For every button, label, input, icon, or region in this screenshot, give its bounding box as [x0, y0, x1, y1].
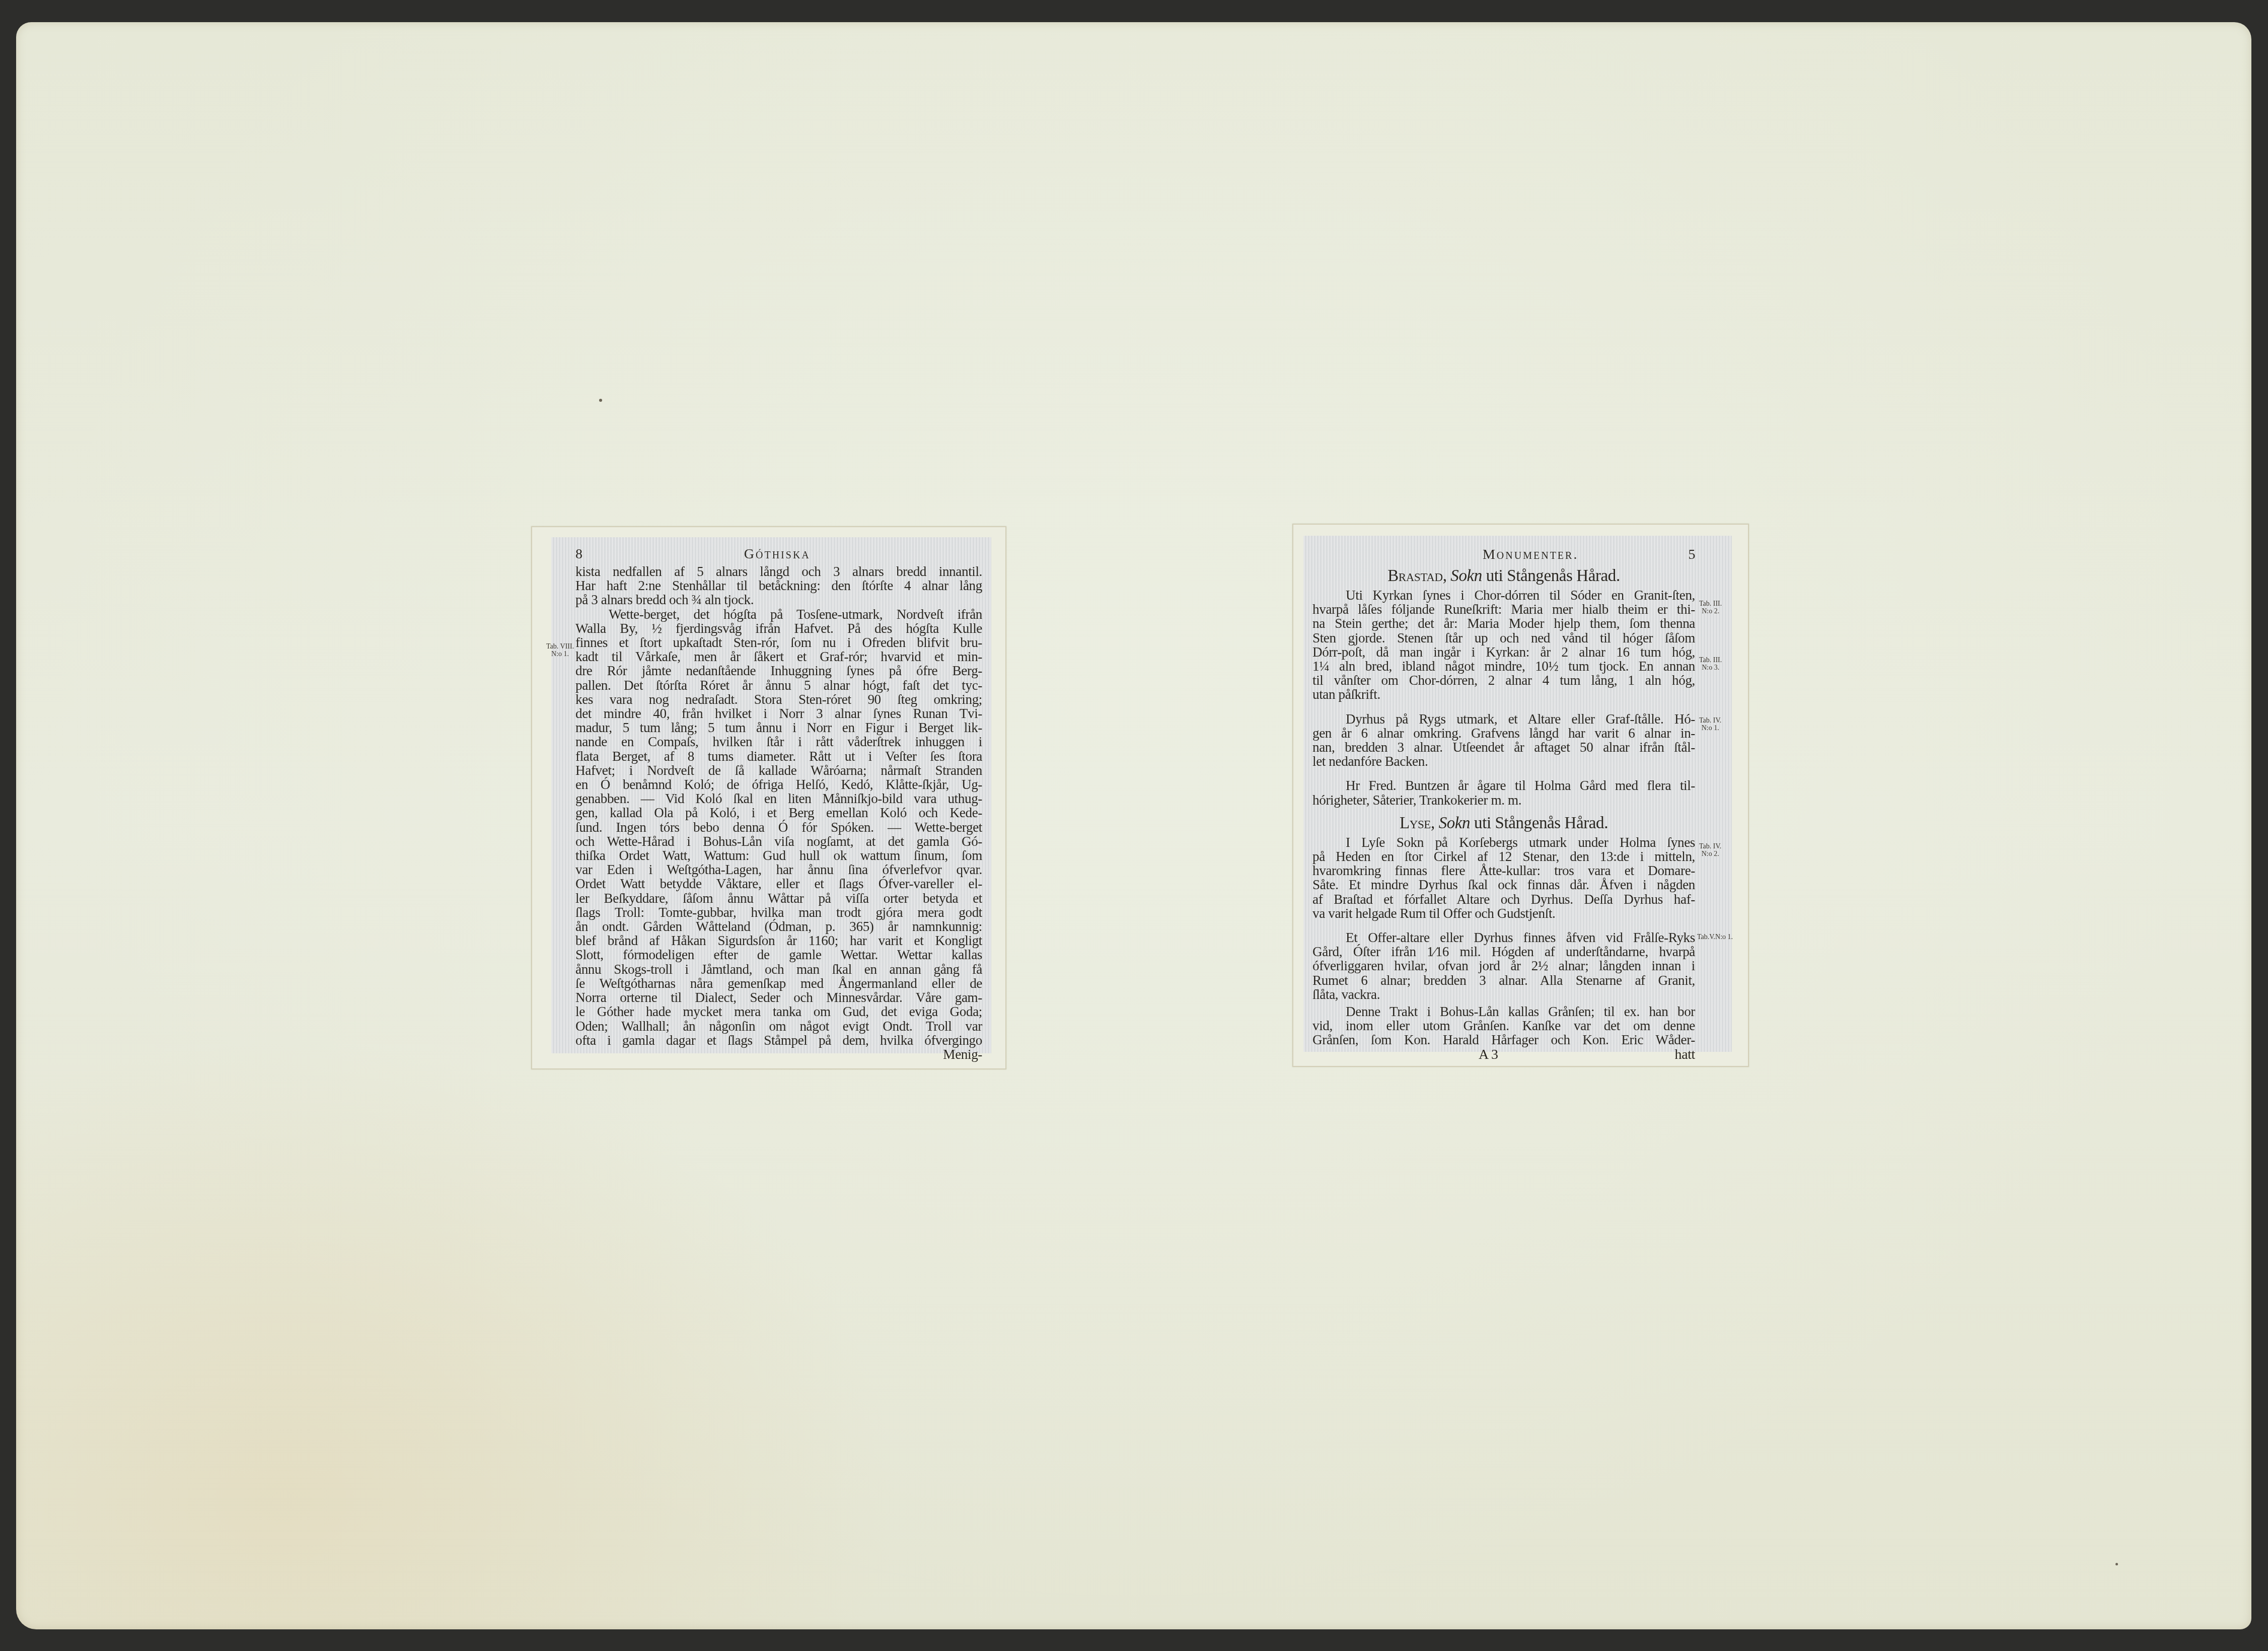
- text-line: genabben. — Vid Koló ſkal en liten Månni…: [575, 792, 982, 806]
- right-running-head: Monumenter. 5: [1312, 548, 1695, 565]
- margin-note-tab-iii-2: Tab. III. N:o 2.: [1699, 600, 1722, 615]
- text-line: le Góther hade mycket mera tanka om Gud,…: [575, 1004, 982, 1019]
- text-line: Uti Kyrkan ſynes i Chor-dórren til Sóder…: [1312, 588, 1695, 602]
- text-line: finnes et ſtort upkaſtadt Sten-rór, ſom …: [575, 635, 982, 650]
- text-line: vid, inom eller utom Grånſen. Kanſke var…: [1312, 1019, 1695, 1033]
- paragraph-dyrhus-rygs: Dyrhus på Rygs utmark, et Altare eller G…: [1312, 712, 1695, 769]
- paper-speck: [599, 399, 602, 402]
- text-line: na Stein gerthe; det år: Maria Moder hje…: [1312, 616, 1695, 630]
- text-line: Oden; Wallhall; ån någonſin om något evi…: [575, 1019, 982, 1033]
- text-line: Grånſen, ſom Kon. Harald Hårfager och Ko…: [1312, 1033, 1695, 1047]
- text-line: Hafvet; i Nordveſt de ſå kallade Wåróarn…: [575, 763, 982, 777]
- text-line: Slott, fórmodeligen efter de gamle Wetta…: [575, 948, 982, 962]
- text-line: nande en Compaſs, hvilken ſtår i rått vå…: [575, 735, 982, 749]
- text-line: kes vara nog nedraſadt. Stora Sten-róret…: [575, 692, 982, 706]
- text-line: hvaromkring finnas flere Åtte-kullar: tr…: [1312, 864, 1695, 878]
- paper-sheet: [16, 22, 2251, 1629]
- paragraph-lyse-stone-circle: I Lyſe Sokn på Korſebergs utmark under H…: [1312, 835, 1695, 920]
- text-line: til vånſter om Chor-dórren, 2 alnar 4 tu…: [1312, 673, 1695, 687]
- text-line: Denne Trakt i Bohus-Lån kallas Grånſen; …: [1312, 1004, 1695, 1019]
- text-line: Wette-berget, det hógſta på Tosſene-utma…: [575, 607, 982, 621]
- text-line: ſund. Ingen tórs bebo denna Ó fór Spóken…: [575, 820, 982, 834]
- right-pasted-page: Monumenter. 5 Brastad, Sokn uti Stångenå…: [1292, 524, 1749, 1067]
- text-line: Menig-: [575, 1047, 982, 1061]
- catchword: hatt: [1675, 1047, 1695, 1062]
- text-line: utan påſkrift.: [1312, 687, 1695, 701]
- text-line: på 3 alnars bredd och ¾ aln tjock.: [575, 593, 982, 607]
- text-line: ſlåta, vackra.: [1312, 987, 1695, 1001]
- text-line: Dyrhus på Rygs utmark, et Altare eller G…: [1312, 712, 1695, 726]
- right-page-print: Monumenter. 5 Brastad, Sokn uti Stångenå…: [1303, 536, 1732, 1052]
- paragraph-gransen: Denne Trakt i Bohus-Lån kallas Grånſen; …: [1312, 1004, 1695, 1047]
- text-line: ler Beſkyddare, ſåſom ånnu Wåttar på viſ…: [575, 891, 982, 905]
- left-page-body: kista nedfallen af 5 alnars långd och 3 …: [575, 564, 982, 1061]
- margin-note-tab-v-1: Tab.V.N:o 1.: [1697, 934, 1733, 941]
- text-line: gen år 6 alnar omkring. Grafvens långd h…: [1312, 726, 1695, 740]
- text-line: en Ó benåmnd Koló; de ófriga Helſó, Kedó…: [575, 777, 982, 792]
- text-line: ofta i gamla dagar et ſlags Ståmpel på d…: [575, 1033, 982, 1047]
- paragraph-brastad-church: Uti Kyrkan ſynes i Chor-dórren til Sóder…: [1312, 588, 1695, 702]
- text-line: Dórr-poſt, då man ingår i Kyrkan: år 2 a…: [1312, 645, 1695, 659]
- text-line: hórigheter, Såterier, Trankokerier m. m.: [1312, 793, 1695, 807]
- running-head-title: Monumenter.: [1483, 548, 1578, 562]
- paragraph-offer-altare: Et Offer-altare eller Dyrhus finnes åfve…: [1312, 930, 1695, 1001]
- text-line: ånnu Skogs-troll i Jåmtland, och man ſka…: [575, 962, 982, 976]
- margin-note-tab-iii-3: Tab. III. N:o 3.: [1699, 657, 1722, 672]
- text-line: det mindre 40, från hvilket i Norr 3 aln…: [575, 706, 982, 721]
- text-line: Sten gjorde. Stenen ſtår up och ned vånd…: [1312, 631, 1695, 645]
- text-line: I Lyſe Sokn på Korſebergs utmark under H…: [1312, 835, 1695, 849]
- text-line: Ordet Watt betydde Våktare, eller et ſla…: [575, 877, 982, 891]
- text-line: nan, bredden 3 alnar. Utſeendet år aftag…: [1312, 740, 1695, 754]
- text-line: dre Rór jåmte nedanſtående Inhuggning ſy…: [575, 664, 982, 678]
- text-line: var Eden i Weſtgótha-Lagen, har ånnu ſin…: [575, 863, 982, 877]
- text-line: Såte. Et mindre Dyrhus ſkal ock finnas d…: [1312, 878, 1695, 892]
- text-line: ſlags Troll: Tomte-gubbar, hvilka man tr…: [575, 905, 982, 919]
- text-line: gen, kallad Ola på Koló, i et Berg emell…: [575, 806, 982, 820]
- left-running-head: 8 Góthiska: [575, 547, 982, 564]
- text-line: på Heden en ſtor Cirkel af 12 Stenar, de…: [1312, 849, 1695, 864]
- paragraph-holma-gard: Hr Fred. Buntzen år ågare til Holma Gård…: [1312, 778, 1695, 807]
- text-line: flata Berget, af 8 tums diameter. Rått u…: [575, 749, 982, 763]
- text-line: ån ondt. Gården Wåtteland (Ódman, p. 365…: [575, 919, 982, 934]
- text-line: kista nedfallen af 5 alnars långd och 3 …: [575, 564, 982, 579]
- margin-note-tab-iv-2: Tab. IV. N:o 2.: [1699, 843, 1721, 858]
- margin-note-tab-viii: Tab. VIII. N:o 1.: [546, 643, 574, 658]
- text-line: Rumet 6 alnar; bredden 3 alnar. Alla Ste…: [1312, 973, 1695, 987]
- page-number: 8: [575, 547, 582, 561]
- text-line: let nedanfóre Backen.: [1312, 754, 1695, 768]
- page-footer: A 3 hatt: [1312, 1047, 1695, 1062]
- text-line: Har haft 2:ne Stenhållar til betåckning:…: [575, 579, 982, 593]
- text-line: blef brånd af Håkan Sigurdsſon år 1160; …: [575, 934, 982, 948]
- text-line: thiſka Ordet Watt, Wattum: Gud hull ok w…: [575, 848, 982, 863]
- signature-mark: A 3: [1479, 1047, 1498, 1062]
- margin-note-tab-iv-1: Tab. IV. N:o 1.: [1699, 717, 1721, 732]
- page-number: 5: [1688, 548, 1695, 562]
- text-line: Et Offer-altare eller Dyrhus finnes åfve…: [1312, 930, 1695, 945]
- text-line: Walla By, ½ fjerdingsvåg ifrån Hafvet. P…: [575, 621, 982, 635]
- text-line: Norra orterne til Dialect, Seder och Min…: [575, 990, 982, 1004]
- running-head-title: Góthiska: [744, 547, 811, 561]
- paper-speck: [2115, 1563, 2118, 1565]
- text-line: af Braſtad et fórfallet Altare och Dyrhu…: [1312, 892, 1695, 906]
- section-heading-brastad: Brastad, Sokn uti Stångenås Hårad.: [1312, 566, 1695, 586]
- text-line: och Wette-Hårad i Bohus-Lån viſa nogſamt…: [575, 834, 982, 848]
- text-line: ſe Weſtgótharnas nåra gemenſkap med Ånge…: [575, 976, 982, 990]
- left-page-print: 8 Góthiska kista nedfallen af 5 alnars l…: [551, 537, 991, 1053]
- section-heading-lyse: Lyse, Sokn uti Stångenås Hårad.: [1312, 813, 1695, 833]
- text-line: 1¼ aln bred, ibland något mindre, 10½ tu…: [1312, 659, 1695, 673]
- left-page-text: 8 Góthiska kista nedfallen af 5 alnars l…: [575, 547, 982, 1061]
- text-line: pallen. Det ſtórſta Róret år ånnu 5 alna…: [575, 678, 982, 692]
- right-page-text: Monumenter. 5 Brastad, Sokn uti Stångenå…: [1312, 548, 1695, 1062]
- text-line: hvarpå låſes fóljande Runeſkrift: Maria …: [1312, 602, 1695, 616]
- text-line: va varit helgade Rum til Offer och Gudst…: [1312, 906, 1695, 920]
- text-line: ófverliggaren hvilar, ofvan jord år 2½ a…: [1312, 959, 1695, 973]
- text-line: Gård, Óſter ifrån 1⁄16 mil. Hógden af un…: [1312, 945, 1695, 959]
- text-line: kadt til Vårkaſe, men år ſåkert et Graf-…: [575, 650, 982, 664]
- left-pasted-page: 8 Góthiska kista nedfallen af 5 alnars l…: [531, 526, 1006, 1069]
- text-line: Hr Fred. Buntzen år ågare til Holma Gård…: [1312, 778, 1695, 793]
- text-line: madur, 5 tum lång; 5 tum ånnu i Norr en …: [575, 721, 982, 735]
